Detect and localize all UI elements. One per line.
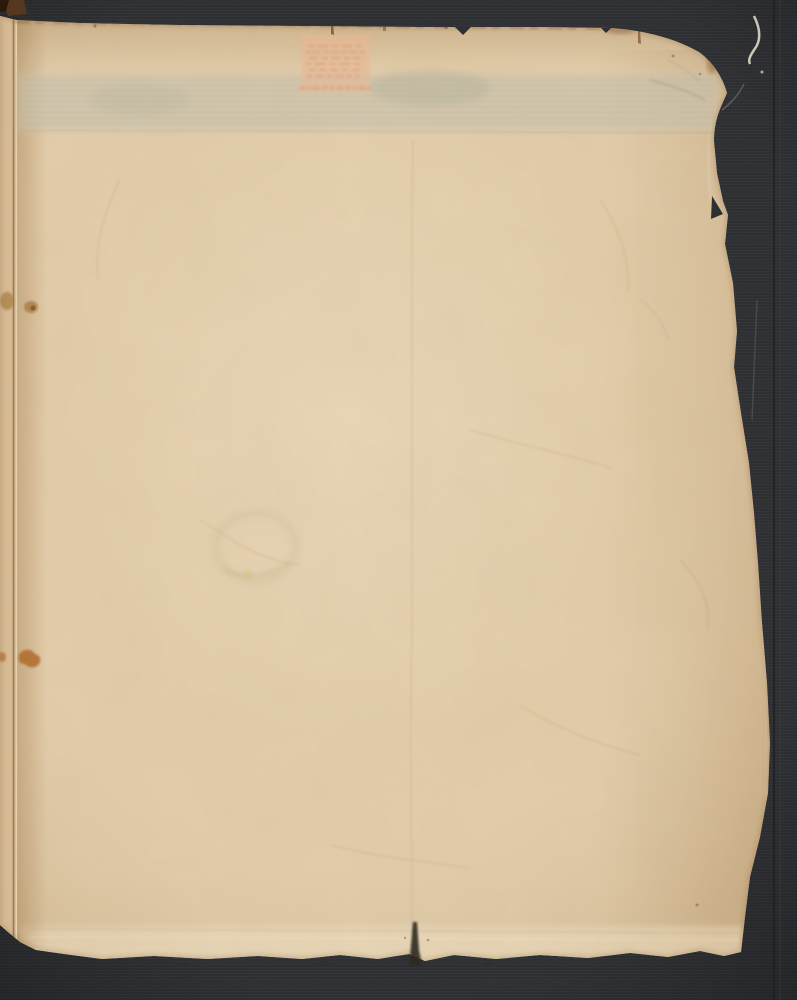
foxing-spot-upper-left (0, 292, 14, 310)
faded-stamp (299, 35, 371, 92)
thread-speck (761, 71, 764, 74)
manuscript-leaf (0, 14, 772, 970)
speck (427, 939, 430, 942)
foxing-spot-core (31, 306, 36, 311)
water-stain-yellow-dot (242, 570, 252, 580)
speck (696, 904, 699, 907)
scan-canvas (0, 0, 797, 1000)
speck (699, 73, 702, 76)
speck (672, 55, 675, 58)
scanned-manuscript-page (0, 0, 797, 1000)
speck (404, 937, 406, 939)
paper-grain (0, 16, 772, 966)
